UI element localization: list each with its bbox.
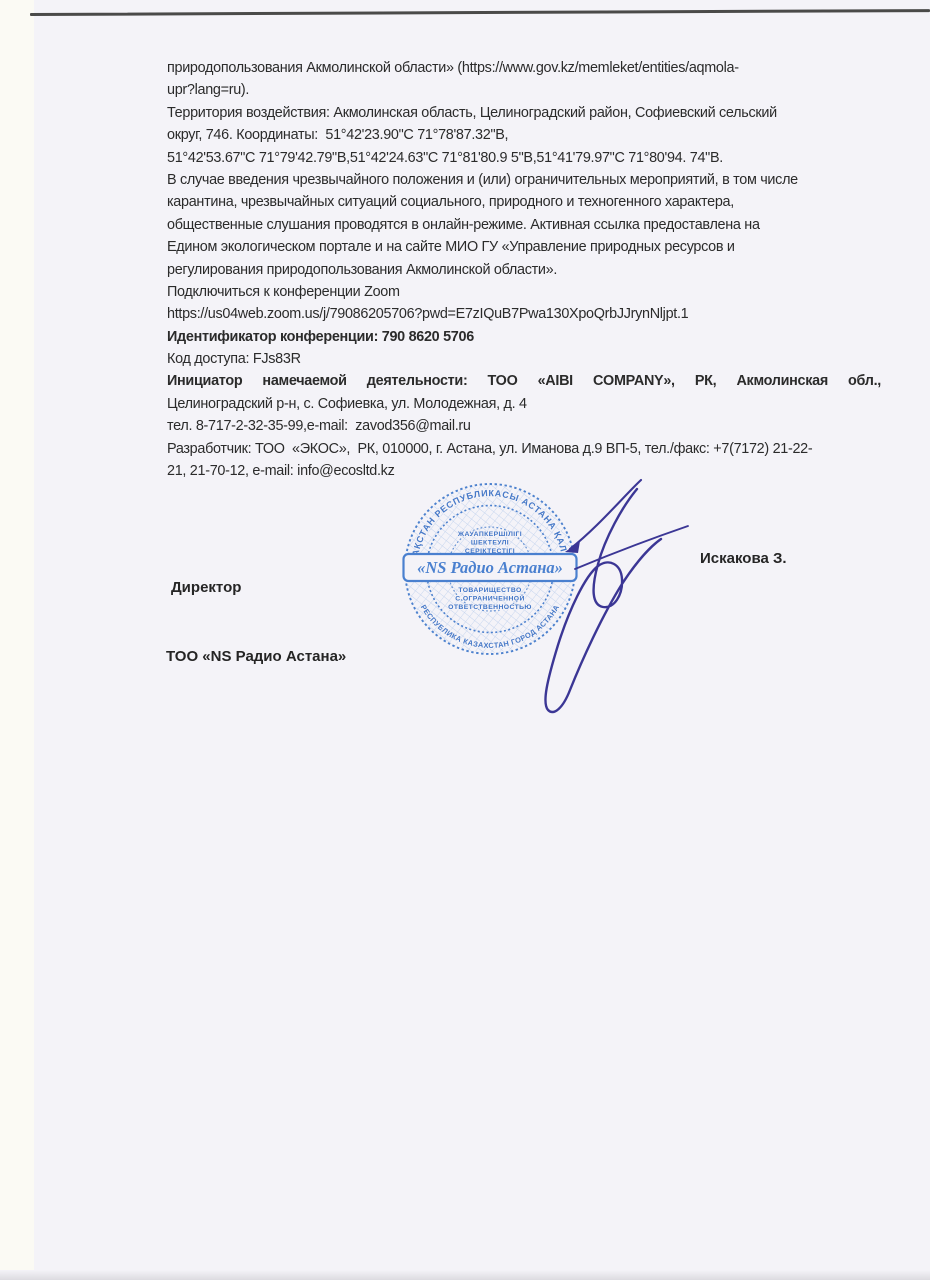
text-line: регулирования природопользования Акмолин… [167, 259, 881, 281]
scan-bottom-shadow [0, 1270, 930, 1280]
text-line: Территория воздействия: Акмолинская обла… [167, 102, 881, 124]
signature-stroke [575, 526, 688, 569]
text-line: Едином экологическом портале и на сайте … [167, 236, 881, 258]
scanned-page: природопользования Акмолинской области» … [0, 0, 930, 1280]
signature-stroke [570, 480, 641, 549]
text-line: природопользования Акмолинской области» … [167, 57, 881, 79]
text-line: тел. 8-717-2-32-35-99,e-mail: zavod356@m… [167, 415, 881, 437]
stamp-text-line: ШЕКТЕУЛІ [471, 540, 509, 547]
text-line: округ, 746. Координаты: 51°42'23.90"С 71… [167, 124, 881, 146]
scan-artifact-line [30, 9, 930, 16]
signature-stroke [545, 489, 661, 712]
stamp-text-line: ТОВАРИЩЕСТВО [458, 587, 521, 594]
text-line: В случае введения чрезвычайного положени… [167, 169, 881, 191]
stamp-text-line: С ОГРАНИЧЕННОЙ [455, 594, 524, 603]
text-line: Идентификатор конференции: 790 8620 5706 [167, 326, 881, 348]
stamp-text-line: ЖАУАПКЕРШІЛІГІ [457, 531, 522, 538]
signatory-role: Директор [166, 576, 346, 599]
signature-pen-tip [565, 541, 580, 553]
text-line: 51°42'53.67"С 71°79'42.79"В,51°42'24.63"… [167, 147, 881, 169]
signatory-title-block: Директор ТОО «NS Радио Астана» [166, 530, 346, 714]
text-line: общественные слушания проводятся в онлай… [167, 214, 881, 236]
text-line: карантина, чрезвычайных ситуаций социаль… [167, 191, 881, 213]
text-line: Инициатор намечаемой деятельности: ТОО «… [167, 370, 881, 392]
text-line: https://us04web.zoom.us/j/79086205706?pw… [167, 303, 881, 325]
text-line: upr?lang=ru). [167, 79, 881, 101]
signatory-company: ТОО «NS Радио Астана» [166, 645, 346, 668]
text-line: Код доступа: FJs83R [167, 348, 881, 370]
text-line: Подключиться к конференции Zoom [167, 281, 881, 303]
text-line: Целиноградский р-н, с. Софиевка, ул. Мол… [167, 393, 881, 415]
scanner-edge-strip [0, 0, 34, 1280]
document-body: природопользования Акмолинской области» … [167, 57, 881, 482]
signature-ink [520, 440, 780, 730]
